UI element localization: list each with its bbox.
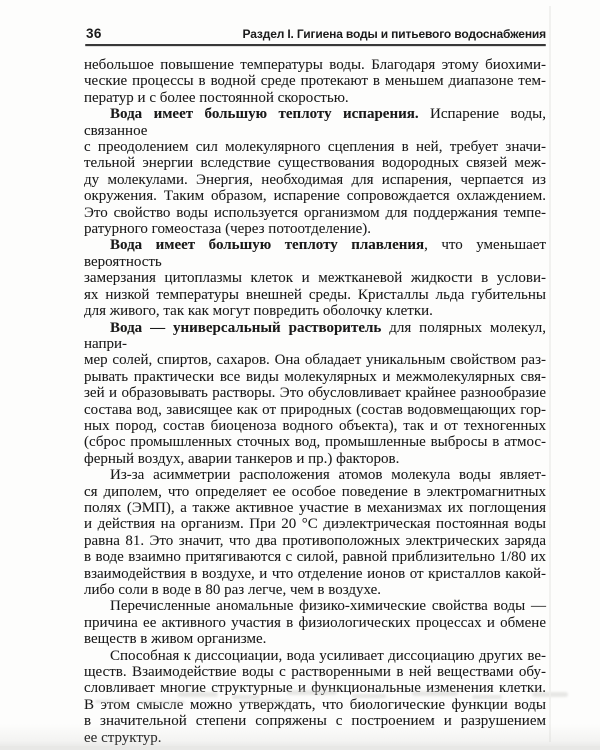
page-body: небольшое повышение температуры воды. Бл… bbox=[84, 57, 546, 746]
text-line: для живого, так как могут повредить обол… bbox=[84, 303, 546, 319]
text-line: ператур и с более постоянной скоростью. bbox=[84, 90, 546, 106]
text-line: окружения. Таким образом, испарение сопр… bbox=[84, 188, 546, 204]
bold-lead: Вода — универсальный растворитель bbox=[110, 320, 381, 336]
text-line: замерзания цитоплазмы клеток и межтканев… bbox=[84, 270, 546, 286]
text-line: взаимодействия в воздухе, и что отделени… bbox=[84, 566, 546, 582]
page-number: 36 bbox=[86, 26, 102, 41]
text-line: Способная к диссоциации, вода усиливает … bbox=[84, 648, 546, 664]
book-page: 36 Раздел I. Гигиена воды и питьевого во… bbox=[0, 0, 600, 750]
scan-edge-bottom bbox=[0, 746, 600, 750]
scan-speck bbox=[178, 692, 218, 697]
scan-speck bbox=[287, 690, 337, 695]
text-line: Перечисленные аномальные физико-химическ… bbox=[84, 598, 546, 614]
text-line: ных пород, состав биоценоза водного объе… bbox=[84, 418, 546, 434]
scan-speck bbox=[232, 695, 260, 699]
text-line: зей и образовывать растворы. Это обуслов… bbox=[84, 385, 546, 401]
scan-speck bbox=[95, 700, 125, 703]
text-line: Вода имеет большую теплоту испарения. Ис… bbox=[84, 106, 546, 139]
text-line: либо соли в воде в 80 раз легче, чем в в… bbox=[84, 582, 546, 598]
scan-edge-right bbox=[549, 6, 551, 742]
text-line: состава вод, зависящее как от природных … bbox=[84, 402, 546, 418]
text-line: ческие процессы в водной среде протекают… bbox=[84, 73, 546, 89]
running-head: Раздел I. Гигиена воды и питьевого водос… bbox=[243, 27, 546, 41]
text-line: Вода имеет большую теплоту плавления, чт… bbox=[84, 237, 546, 270]
text-line: тельной энергии вследствие существования… bbox=[84, 155, 546, 171]
text-line: ях низкой температуры внешней среды. Кри… bbox=[84, 287, 546, 303]
text-line: (сброс промышленных сточных вод, промышл… bbox=[84, 434, 546, 450]
text-line: Из-за асимметрии расположения атомов мол… bbox=[84, 467, 546, 483]
text-line: ду молекулами. Энергия, необходимая для … bbox=[84, 172, 546, 188]
text-line: рывать практически все виды молекулярных… bbox=[84, 369, 546, 385]
text-line: В этом смысле можно утверждать, что биол… bbox=[84, 697, 546, 713]
scan-speck bbox=[412, 691, 458, 696]
page-header: 36 Раздел I. Гигиена воды и питьевого во… bbox=[86, 26, 546, 41]
scan-speck bbox=[472, 695, 502, 699]
scan-speck bbox=[240, 700, 290, 703]
text-line: причина ее активного участия в физиологи… bbox=[84, 615, 546, 631]
text-line: мер солей, спиртов, сахаров. Она обладае… bbox=[84, 352, 546, 368]
text-line: в воде взаимно притягиваются с силой, ра… bbox=[84, 549, 546, 565]
text-line: ся диполем, что определяет ее особое пов… bbox=[84, 484, 546, 500]
text-line: ферный воздух, аварии танкеров и пр.) фа… bbox=[84, 451, 546, 467]
text-line: Вода — универсальный растворитель для по… bbox=[84, 320, 546, 353]
text-line: и действия на организм. При 20 °С диэлек… bbox=[84, 516, 546, 532]
text-line: ществ. Взаимодействие воды с растворенны… bbox=[84, 664, 546, 680]
text-line: веществ в живом организме. bbox=[84, 631, 546, 647]
text-line: полях (ЭМП), а также активное участие в … bbox=[84, 500, 546, 516]
scan-speck bbox=[140, 701, 185, 704]
scan-speck bbox=[352, 694, 386, 698]
text-line: небольшое повышение температуры воды. Бл… bbox=[84, 57, 546, 73]
text-line: Это свойство воды используется организмо… bbox=[84, 205, 546, 221]
text-line: ратурного гомеостаза (через потоотделени… bbox=[84, 221, 546, 237]
text-line: равна 81. Это значит, что два противопол… bbox=[84, 533, 546, 549]
text-line: с преодолением сил молекулярного сцеплен… bbox=[84, 139, 546, 155]
header-rule bbox=[85, 44, 546, 46]
bold-lead: Вода имеет большую теплоту испарения. bbox=[110, 106, 419, 122]
bold-lead: Вода имеет большую теплоту плавления bbox=[110, 237, 424, 253]
